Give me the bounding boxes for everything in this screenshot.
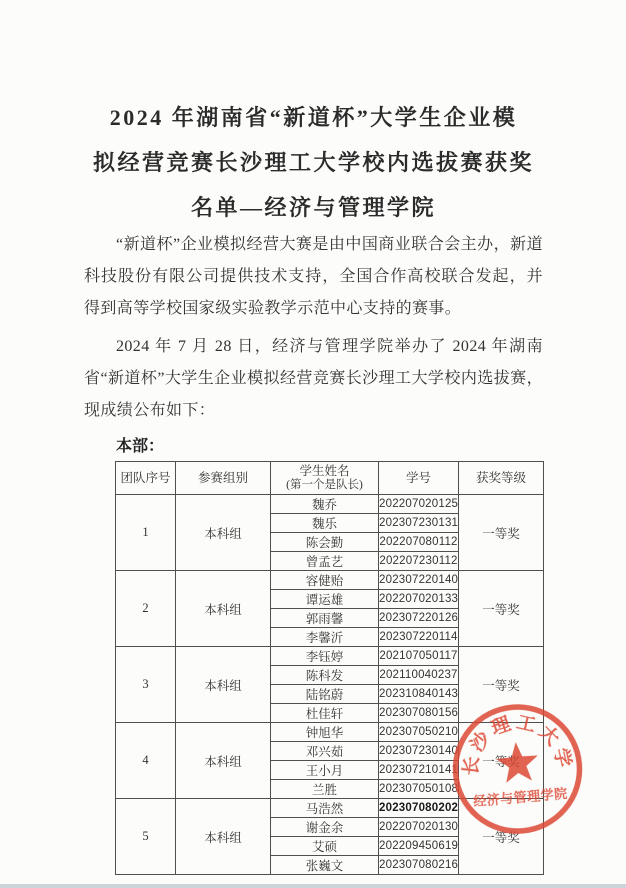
column-header: 学号	[379, 462, 459, 495]
award-level-cell: 一等奖	[459, 495, 544, 571]
table-header-row: 团队序号参赛组别学生姓名(第一个是队长)学号获奖等级	[116, 462, 544, 495]
column-header: 参赛组别	[176, 462, 271, 495]
student-name-cell: 谢金余	[271, 818, 379, 837]
student-name-cell: 容健贻	[271, 571, 379, 590]
team-number-cell: 1	[116, 495, 176, 571]
student-id-cell: 202207020125	[379, 495, 459, 514]
team-number-cell: 5	[116, 799, 176, 875]
student-name-cell: 郭雨馨	[271, 609, 379, 628]
student-name-cell: 杜佳轩	[271, 704, 379, 723]
student-id-cell: 202209450619	[379, 837, 459, 856]
group-cell: 本科组	[176, 723, 271, 799]
student-name-cell: 陈科发	[271, 666, 379, 685]
paragraph-intro: “新道杯”企业模拟经营大赛是由中国商业联合会主办，新道科技股份有限公司提供技术支…	[84, 229, 543, 325]
student-name-cell: 魏乔	[271, 495, 379, 514]
column-header: 学生姓名(第一个是队长)	[271, 462, 379, 495]
column-header: 获奖等级	[459, 462, 544, 495]
table-row: 1本科组魏乔202207020125一等奖	[116, 495, 544, 514]
body-text: “新道杯”企业模拟经营大赛是由中国商业联合会主办，新道科技股份有限公司提供技术支…	[84, 229, 543, 461]
team-number-cell: 4	[116, 723, 176, 799]
student-id-cell: 202207080112	[379, 533, 459, 552]
group-cell: 本科组	[176, 495, 271, 571]
student-name-cell: 钟旭华	[271, 723, 379, 742]
student-name-cell: 艾硕	[271, 837, 379, 856]
student-id-cell: 202307220140	[379, 571, 459, 590]
student-name-cell: 曾孟艺	[271, 552, 379, 571]
student-name-cell: 兰胜	[271, 780, 379, 799]
table-row: 3本科组李钰婷202107050117一等奖	[116, 647, 544, 666]
title-line: 2024 年湖南省“新道杯”大学生企业模	[84, 95, 543, 140]
team-number-cell: 3	[116, 647, 176, 723]
column-header: 团队序号	[116, 462, 176, 495]
student-name-cell: 魏乐	[271, 514, 379, 533]
student-id-cell: 202110040237	[379, 666, 459, 685]
star-icon	[495, 740, 540, 783]
student-name-cell: 陈会勤	[271, 533, 379, 552]
paragraph-announcement: 2024 年 7 月 28 日，经济与管理学院举办了 2024 年湖南省“新道杯…	[84, 331, 543, 427]
student-id-cell: 202107050117	[379, 647, 459, 666]
student-id-cell: 202307220126	[379, 609, 459, 628]
student-id-cell: 202307220114	[379, 628, 459, 647]
student-id-cell: 202307230131	[379, 514, 459, 533]
document-title: 2024 年湖南省“新道杯”大学生企业模拟经营竞赛长沙理工大学校内选拔赛获奖名单…	[84, 95, 543, 230]
student-name-cell: 陆铭蔚	[271, 685, 379, 704]
title-line: 名单—经济与管理学院	[84, 185, 543, 230]
student-name-cell: 王小月	[271, 761, 379, 780]
student-name-cell: 马浩然	[271, 799, 379, 818]
group-cell: 本科组	[176, 571, 271, 647]
student-id-cell: 202207020133	[379, 590, 459, 609]
title-line: 拟经营竞赛长沙理工大学校内选拔赛获奖	[84, 140, 543, 185]
team-number-cell: 2	[116, 571, 176, 647]
student-name-cell: 邓兴茹	[271, 742, 379, 761]
student-name-cell: 李钰婷	[271, 647, 379, 666]
document-page: 2024 年湖南省“新道杯”大学生企业模拟经营竞赛长沙理工大学校内选拔赛获奖名单…	[0, 0, 626, 888]
section-label: 本部：	[84, 433, 543, 461]
award-level-cell: 一等奖	[459, 571, 544, 647]
group-cell: 本科组	[176, 647, 271, 723]
student-name-cell: 张巍文	[271, 856, 379, 875]
student-id-cell: 202307080216	[379, 856, 459, 875]
student-name-cell: 谭运雄	[271, 590, 379, 609]
seal-bottom-text: 经济与管理学院	[473, 786, 568, 809]
official-seal: 长沙理工大学 经济与管理学院	[437, 688, 600, 851]
student-id-cell: 202207230112	[379, 552, 459, 571]
table-row: 2本科组容健贻202307220140一等奖	[116, 571, 544, 590]
scan-bottom-edge	[0, 884, 626, 888]
student-name-cell: 李馨沂	[271, 628, 379, 647]
group-cell: 本科组	[176, 799, 271, 875]
